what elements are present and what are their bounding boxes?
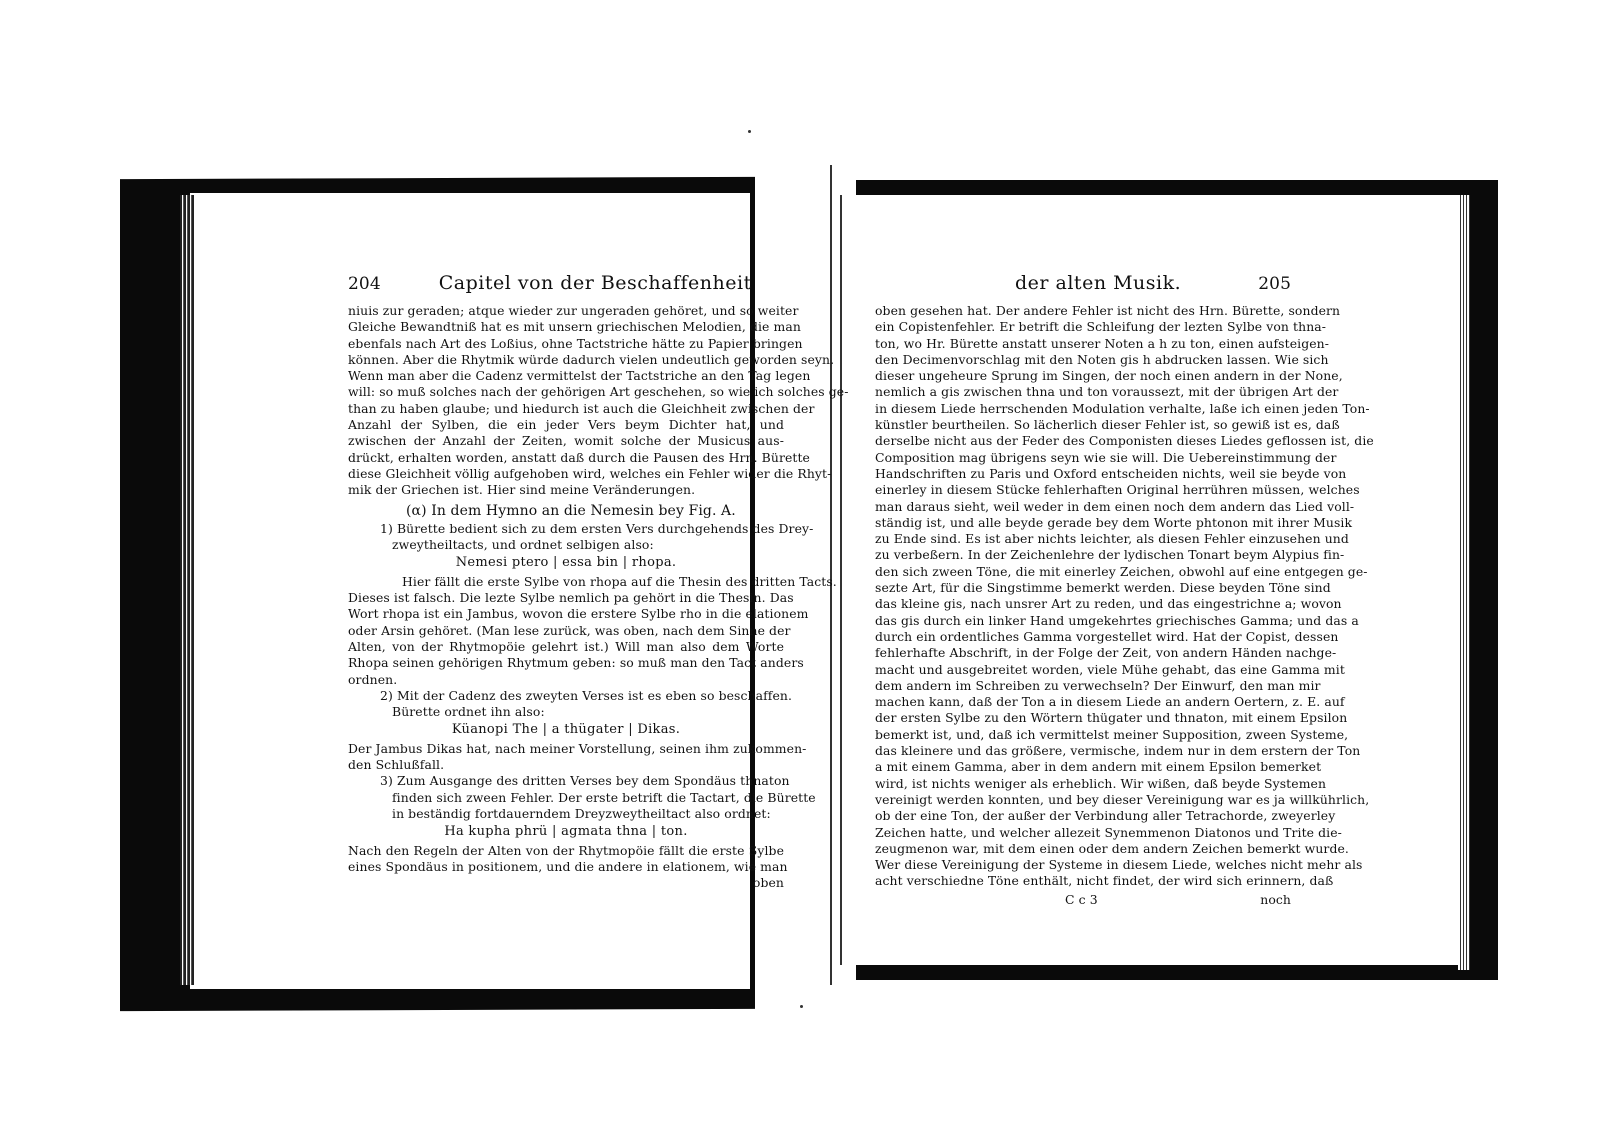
list-item: 3) Zum Ausgange des dritten Verses bey d… — [348, 773, 784, 822]
section-heading: (α) In dem Hymno an die Nemesin bey Fig.… — [348, 503, 784, 519]
running-head: Capitel von der Beschaffenheit — [439, 275, 752, 291]
text-line: Der Jambus Dikas hat, nach meiner Vorste… — [348, 741, 784, 757]
text-line: eines Spondäus in positionem, und die an… — [348, 859, 784, 875]
text-line: zu Ende sind. Es ist aber nichts leichte… — [875, 531, 1291, 547]
text-line: sezte Art, für die Singstimme bemerkt we… — [875, 580, 1291, 596]
text-line: dem andern im Schreiben zu verwechseln? … — [875, 678, 1291, 694]
text-line: einerley in diesem Stücke fehlerhaften O… — [875, 482, 1291, 498]
text-line: Wenn man aber die Cadenz vermittelst der… — [348, 368, 784, 384]
text-line: Zeichen hatte, und welcher allezeit Syne… — [875, 825, 1291, 841]
text-line: Hier fällt die erste Sylbe von rhopa auf… — [348, 574, 784, 590]
text-line: ordnen. — [348, 672, 784, 688]
text-line: mik der Griechen ist. Hier sind meine Ve… — [348, 482, 784, 498]
left-page-text: 204 Capitel von der Beschaffenheit niuis… — [348, 275, 784, 891]
list-item: 2) Mit der Cadenz des zweyten Verses ist… — [348, 688, 784, 721]
text-line: niuis zur geraden; atque wieder zur unge… — [348, 303, 784, 319]
text-line: fehlerhafte Abschrift, in der Folge der … — [875, 645, 1291, 661]
text-line: derselbe nicht aus der Feder des Componi… — [875, 433, 1291, 449]
text-line: können. Aber die Rhytmik würde dadurch v… — [348, 352, 784, 368]
text-line: Handschriften zu Paris und Oxford entsch… — [875, 466, 1291, 482]
left-page-header: 204 Capitel von der Beschaffenheit — [348, 275, 784, 301]
right-page-edge — [1458, 195, 1470, 970]
text-line: zwischen der Anzahl der Zeiten, womit so… — [348, 433, 784, 449]
text-line: than zu haben glaube; und hiedurch ist a… — [348, 401, 784, 417]
text-line: durch ein ordentliches Gamma vorgestelle… — [875, 629, 1291, 645]
left-page-edge — [180, 195, 194, 985]
text-line: ton, wo Hr. Bürette anstatt unserer Note… — [875, 336, 1291, 352]
verse-line: Ha kupha phrü | agmata thna | ton. — [348, 824, 784, 840]
text-line: Rhopa seinen gehörigen Rhytmum geben: so… — [348, 655, 784, 671]
text-line: drückt, erhalten worden, anstatt daß dur… — [348, 450, 784, 466]
text-line: Gleiche Bewandtniß hat es mit unsern gri… — [348, 319, 784, 335]
text-line: vereinigt werden konnten, und bey dieser… — [875, 792, 1291, 808]
paragraph: oben gesehen hat. Der andere Fehler ist … — [875, 303, 1291, 890]
signature-mark: C c 3 — [1065, 892, 1098, 908]
text-line: machen kann, daß der Ton a in diesem Lie… — [875, 694, 1291, 710]
text-line: oder Arsin gehöret. (Man lese zurück, wa… — [348, 623, 784, 639]
text-line: zu verbeßern. In der Zeichenlehre der ly… — [875, 547, 1291, 563]
text-line: das kleine gis, nach unsrer Art zu reden… — [875, 596, 1291, 612]
verse-line: Küanopi The | a thügater | Dikas. — [348, 722, 784, 738]
text-line: den Decimenvorschlag mit den Noten gis h… — [875, 352, 1291, 368]
text-line: den Schlußfall. — [348, 757, 784, 773]
running-head: der alten Musik. — [1015, 275, 1181, 291]
scan-speck — [800, 1005, 803, 1008]
text-line: Wer diese Vereinigung der Systeme in die… — [875, 857, 1291, 873]
text-line: zeugmenon war, mit dem einen oder dem an… — [875, 841, 1291, 857]
text-line: 1) Bürette bedient sich zu dem ersten Ve… — [380, 521, 784, 537]
text-line: in diesem Liede herrschenden Modulation … — [875, 401, 1291, 417]
paragraph: Hier fällt die erste Sylbe von rhopa auf… — [348, 574, 784, 688]
text-line: nemlich a gis zwischen thna und ton vora… — [875, 384, 1291, 400]
text-line: Wort rhopa ist ein Jambus, wovon die ers… — [348, 606, 784, 622]
text-line: das kleinere und das größere, vermische,… — [875, 743, 1291, 759]
text-line: oben gesehen hat. Der andere Fehler ist … — [875, 303, 1291, 319]
page-footer: oben — [348, 875, 784, 891]
list-item: 1) Bürette bedient sich zu dem ersten Ve… — [348, 521, 784, 554]
text-line: ebenfals nach Art des Loßius, ohne Tacts… — [348, 336, 784, 352]
right-page-header: der alten Musik. 205 — [875, 275, 1291, 301]
paragraph: Nach den Regeln der Alten von der Rhytmo… — [348, 843, 784, 876]
text-line: acht verschiedne Töne enthält, nicht fin… — [875, 873, 1291, 889]
text-line: will: so muß solches nach der gehörigen … — [348, 384, 784, 400]
verse-line: Nemesi ptero | essa bin | rhopa. — [348, 555, 784, 571]
text-line: der ersten Sylbe zu den Wörtern thügater… — [875, 710, 1291, 726]
text-line: wird, ist nichts weniger als erheblich. … — [875, 776, 1291, 792]
book-spread: 204 Capitel von der Beschaffenheit niuis… — [0, 0, 1600, 1121]
page-footer: C c 3 noch — [875, 892, 1291, 908]
text-line: bemerkt ist, und, daß ich vermittelst me… — [875, 727, 1291, 743]
text-line: Dieses ist falsch. Die lezte Sylbe nemli… — [348, 590, 784, 606]
text-line: man daraus sieht, weil weder in dem eine… — [875, 499, 1291, 515]
page-number: 205 — [1258, 276, 1291, 292]
text-line: 3) Zum Ausgange des dritten Verses bey d… — [380, 773, 784, 789]
text-line: Alten, von der Rhytmopöie gelehrt ist.) … — [348, 639, 784, 655]
text-line: Composition mag übrigens seyn wie sie wi… — [875, 450, 1291, 466]
text-line: das gis durch ein linker Hand umgekehrte… — [875, 613, 1291, 629]
text-line: Nach den Regeln der Alten von der Rhytmo… — [348, 843, 784, 859]
paragraph: niuis zur geraden; atque wieder zur unge… — [348, 303, 784, 499]
text-line: zweytheiltacts, und ordnet selbigen also… — [380, 537, 784, 553]
text-line: in beständig fortdauerndem Dreyzweytheil… — [380, 806, 784, 822]
text-line: den sich zween Töne, die mit einerley Ze… — [875, 564, 1291, 580]
text-line: finden sich zween Fehler. Der erste betr… — [380, 790, 784, 806]
text-line: ob der eine Ton, der außer der Verbindun… — [875, 808, 1291, 824]
text-line: künstler beurtheilen. So lächerlich dies… — [875, 417, 1291, 433]
text-line: a mit einem Gamma, aber in dem andern mi… — [875, 759, 1291, 775]
page-number: 204 — [348, 276, 381, 292]
text-line: Bürette ordnet ihn also: — [380, 704, 784, 720]
paragraph: Der Jambus Dikas hat, nach meiner Vorste… — [348, 741, 784, 774]
text-line: ständig ist, und alle beyde gerade bey d… — [875, 515, 1291, 531]
text-line: Anzahl der Sylben, die ein jeder Vers be… — [348, 417, 784, 433]
text-line: diese Gleichheit völlig aufgehoben wird,… — [348, 466, 784, 482]
catchword: oben — [753, 875, 784, 890]
text-line: 2) Mit der Cadenz des zweyten Verses ist… — [380, 688, 784, 704]
text-line: dieser ungeheure Sprung im Singen, der n… — [875, 368, 1291, 384]
text-line: ein Copistenfehler. Er betrift die Schle… — [875, 319, 1291, 335]
catchword: noch — [1260, 892, 1291, 908]
text-line: macht und ausgebreitet worden, viele Müh… — [875, 662, 1291, 678]
right-page-text: der alten Musik. 205 oben gesehen hat. D… — [875, 275, 1291, 908]
scan-speck — [748, 130, 751, 133]
